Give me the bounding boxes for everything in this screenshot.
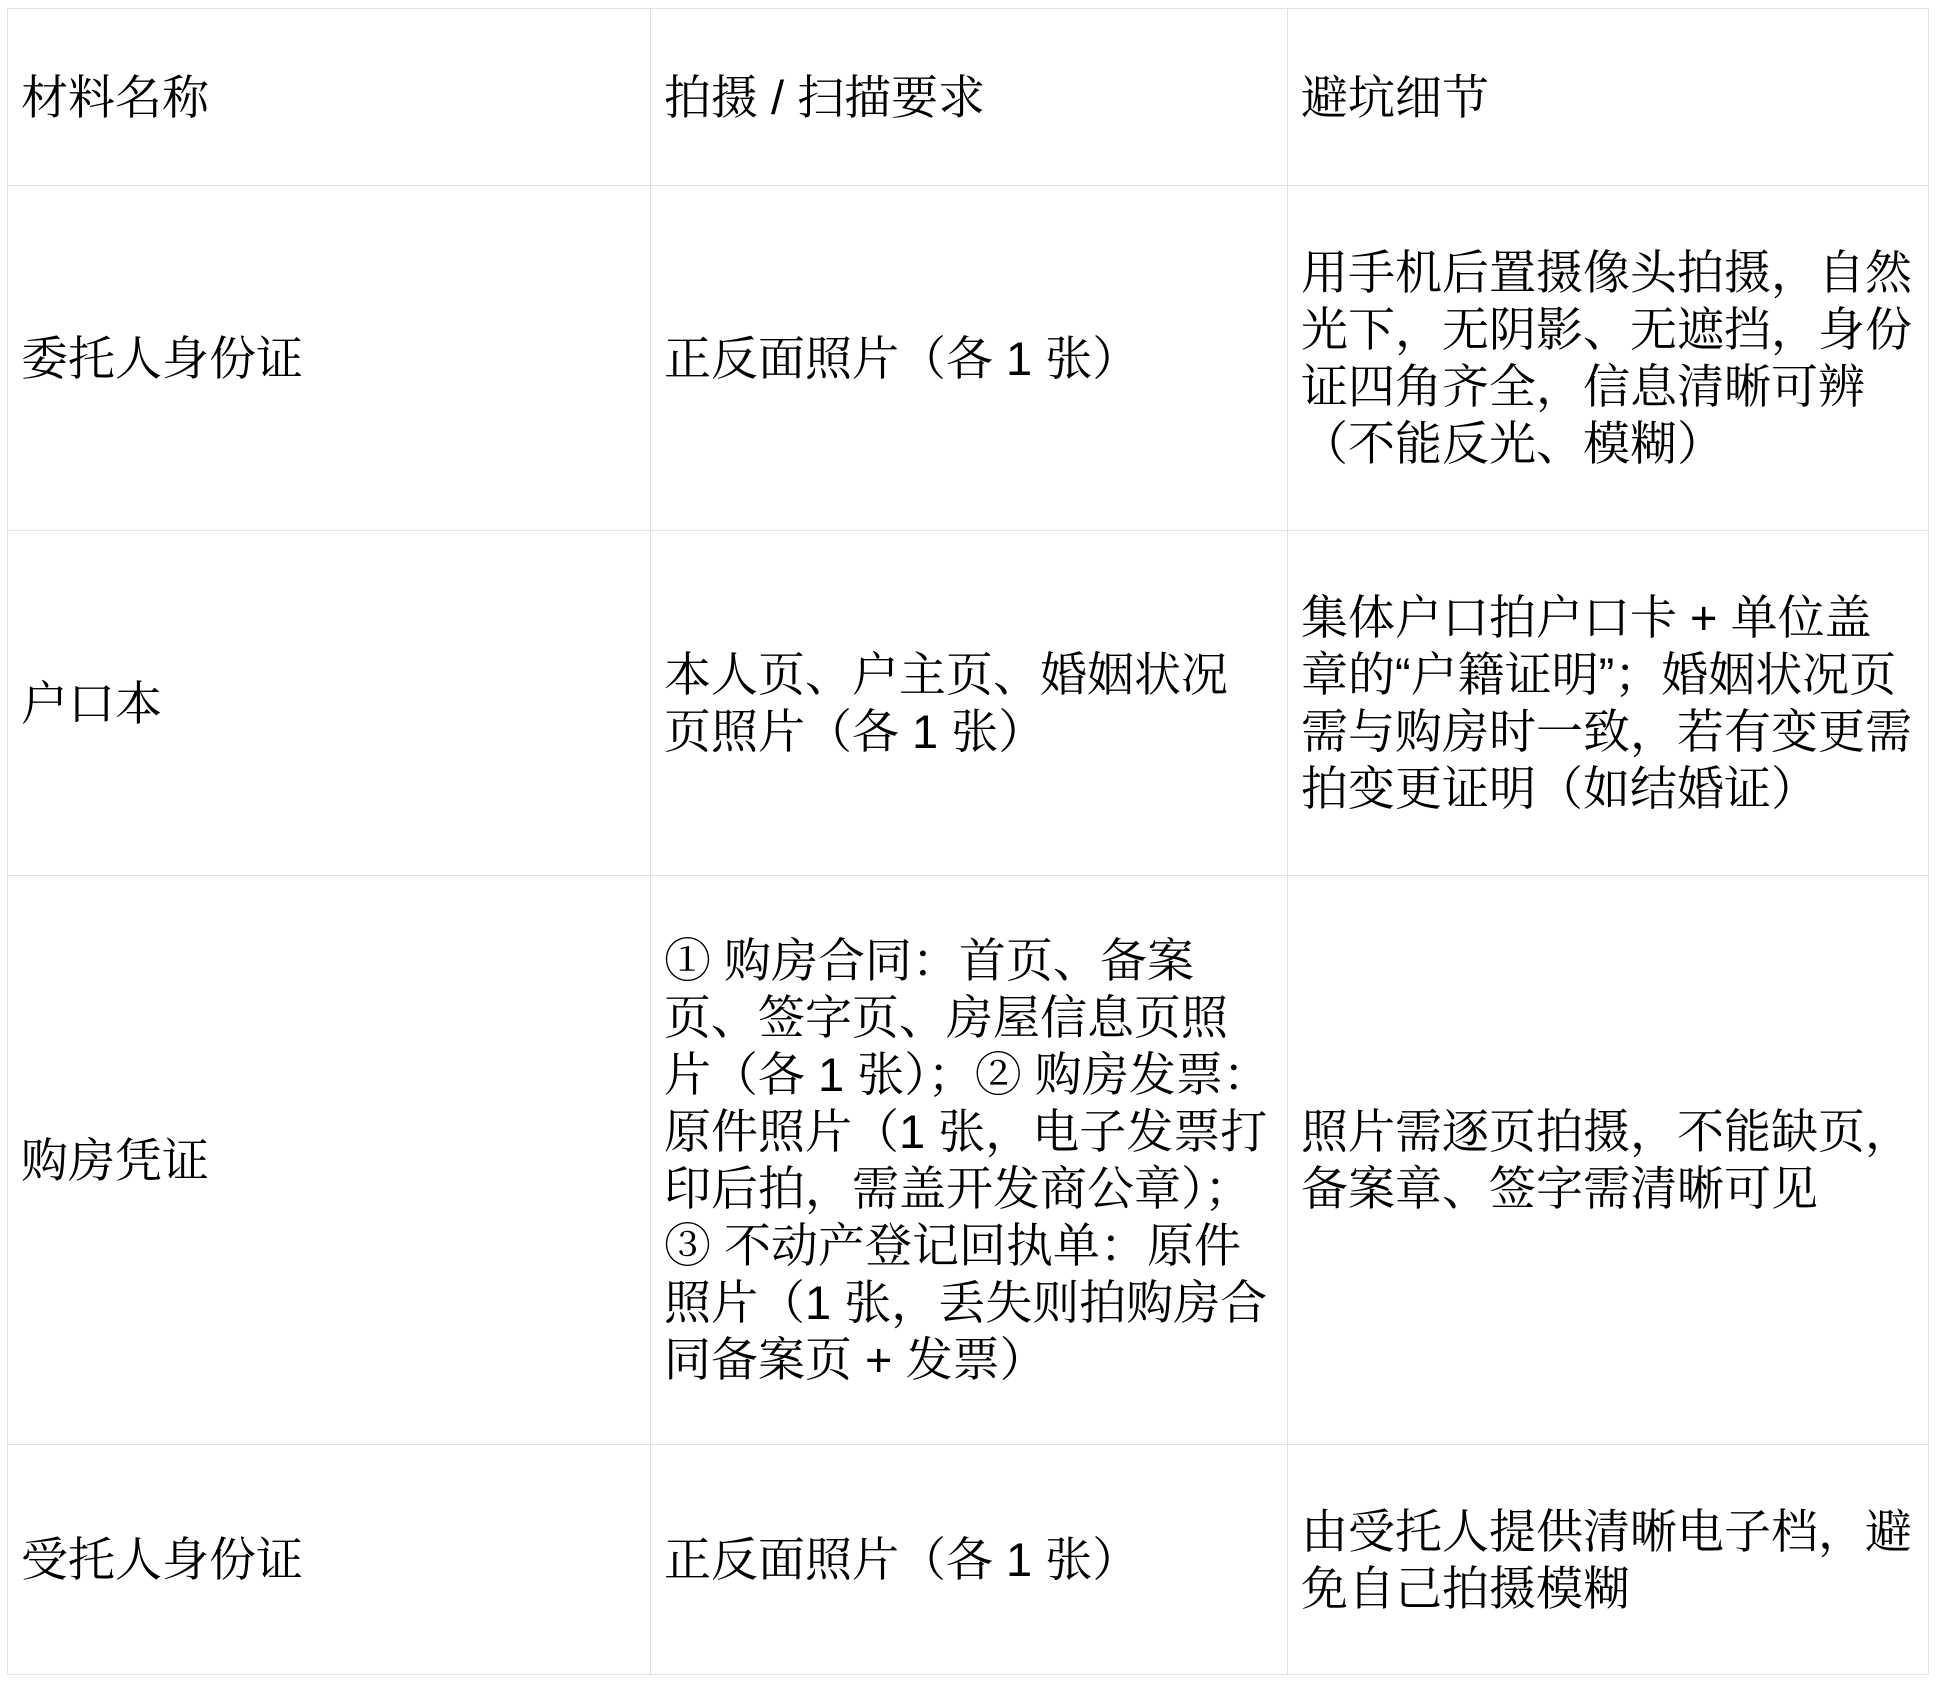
header-cell-requirement: 拍摄 / 扫描要求 [651, 9, 1288, 186]
cell-material: 委托人身份证 [8, 186, 651, 531]
cell-pitfall: 用手机后置摄像头拍摄，自然光下，无阴影、无遮挡，身份证四角齐全，信息清晰可辨（不… [1288, 186, 1929, 531]
cell-pitfall: 集体户口拍户口卡 + 单位盖章的“户籍证明”；婚姻状况页需与购房时一致，若有变更… [1288, 531, 1929, 876]
header-cell-material: 材料名称 [8, 9, 651, 186]
header-cell-pitfall: 避坑细节 [1288, 9, 1929, 186]
table-row: 受托人身份证 正反面照片（各 1 张） 由受托人提供清晰电子档，避免自己拍摄模糊 [8, 1445, 1929, 1675]
cell-requirement: 正反面照片（各 1 张） [651, 1445, 1288, 1675]
table-row: 购房凭证 ① 购房合同：首页、备案页、签字页、房屋信息页照片（各 1 张）；② … [8, 876, 1929, 1445]
table-row: 户口本 本人页、户主页、婚姻状况页照片（各 1 张） 集体户口拍户口卡 + 单位… [8, 531, 1929, 876]
materials-table: 材料名称 拍摄 / 扫描要求 避坑细节 委托人身份证 正反面照片（各 1 张） … [7, 8, 1929, 1675]
cell-requirement: 正反面照片（各 1 张） [651, 186, 1288, 531]
header-row: 材料名称 拍摄 / 扫描要求 避坑细节 [8, 9, 1929, 186]
materials-table-container: 材料名称 拍摄 / 扫描要求 避坑细节 委托人身份证 正反面照片（各 1 张） … [0, 0, 1940, 1686]
cell-material: 购房凭证 [8, 876, 651, 1445]
cell-requirement: ① 购房合同：首页、备案页、签字页、房屋信息页照片（各 1 张）；② 购房发票：… [651, 876, 1288, 1445]
cell-material: 受托人身份证 [8, 1445, 651, 1675]
cell-requirement: 本人页、户主页、婚姻状况页照片（各 1 张） [651, 531, 1288, 876]
cell-material: 户口本 [8, 531, 651, 876]
cell-pitfall: 照片需逐页拍摄，不能缺页，备案章、签字需清晰可见 [1288, 876, 1929, 1445]
table-row: 委托人身份证 正反面照片（各 1 张） 用手机后置摄像头拍摄，自然光下，无阴影、… [8, 186, 1929, 531]
cell-pitfall: 由受托人提供清晰电子档，避免自己拍摄模糊 [1288, 1445, 1929, 1675]
